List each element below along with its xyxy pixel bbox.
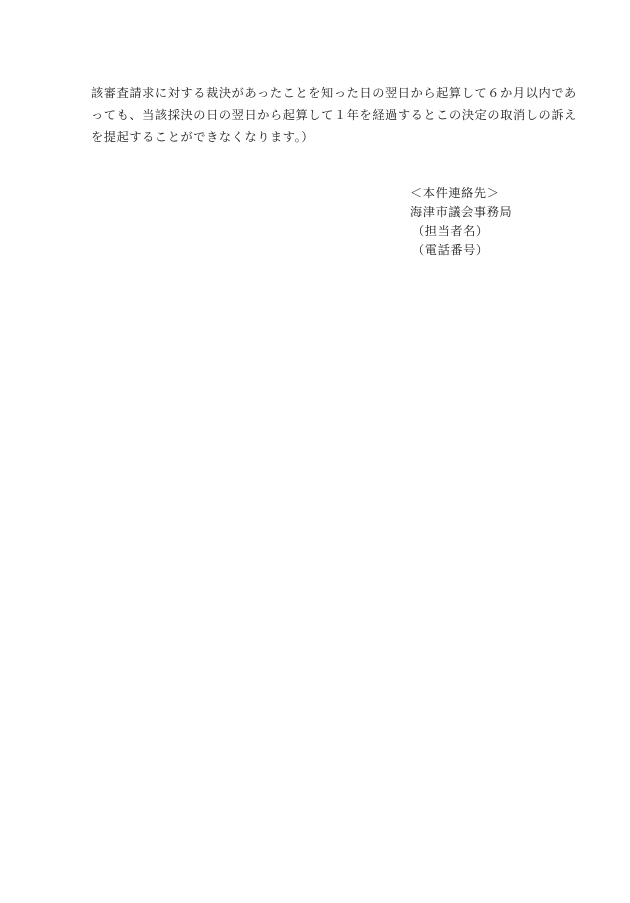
contact-phone: （電話番号）	[410, 241, 512, 260]
paragraph-line-1: 該審査請求に対する裁決があったことを知った日の翌日から起算して６か月以内であ	[91, 82, 551, 104]
notice-paragraph: 該審査請求に対する裁決があったことを知った日の翌日から起算して６か月以内であ っ…	[91, 82, 551, 148]
paragraph-line-3: を提起することができなくなります。）	[91, 126, 551, 148]
contact-block: ＜本件連絡先＞ 海津市議会事務局 （担当者名） （電話番号）	[410, 184, 512, 260]
paragraph-line-2: っても、当該採決の日の翌日から起算して１年を経過するとこの決定の取消しの訴え	[91, 104, 551, 126]
contact-office: 海津市議会事務局	[410, 203, 512, 222]
contact-person: （担当者名）	[410, 222, 512, 241]
contact-heading: ＜本件連絡先＞	[410, 184, 512, 203]
document-page: 該審査請求に対する裁決があったことを知った日の翌日から起算して６か月以内であ っ…	[0, 0, 630, 903]
